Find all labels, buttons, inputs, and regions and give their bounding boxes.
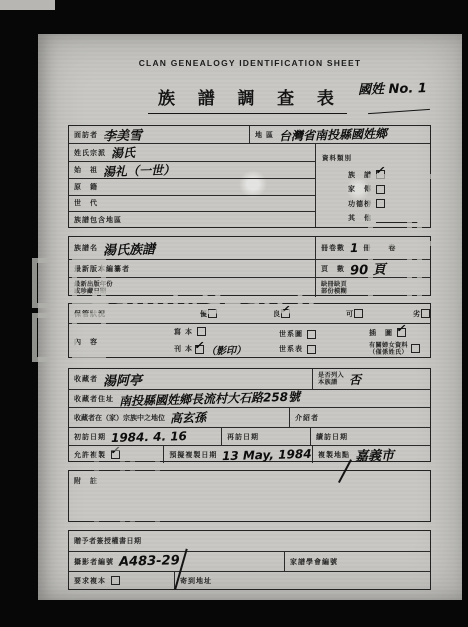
annotation-underline	[368, 109, 430, 114]
merit-list-checkbox: ✓	[376, 199, 385, 208]
condition-label: 保管狀況	[74, 309, 106, 319]
volume-info-table: 族譜名 湯氏族譜 冊卷數 1 冊 卷 最新版本編纂者 頁 數 90 頁	[68, 236, 431, 296]
notes-label: 附 註	[74, 476, 98, 486]
other-fill-line	[376, 214, 418, 223]
second-visit-label: 再訪日期	[227, 432, 259, 442]
row-surname: 姓氏宗派 湯氏	[69, 144, 315, 161]
row-society-number: 家譜學會編號	[284, 552, 430, 571]
notes-box: 附 註	[68, 470, 431, 522]
category-merit-list: 功德榜 ✓	[348, 199, 430, 209]
scan-edge-artifact	[0, 0, 55, 10]
owner-label: 收藏者	[74, 374, 98, 384]
row-interviewer: 面訪者 李美雪	[69, 126, 249, 143]
first-visit-label: 初訪日期	[74, 432, 106, 442]
first-ancestor-label: 始 祖	[74, 165, 98, 175]
photographer-number-value: A483-29	[119, 553, 180, 570]
condition-table: 保管狀況 優 ✓ 良 ✓ 可 ✓ 劣 ✓ 內 容	[68, 303, 431, 358]
good-checkbox: ✓	[281, 309, 290, 318]
poor-checkbox: ✓	[421, 309, 430, 318]
chinese-title: 族 譜 調 查 表	[148, 84, 347, 114]
category-family-biography: 家 傳 ✓	[348, 184, 430, 194]
row-donor-authorization: 贈予者簽授權書日期	[69, 531, 430, 551]
copy-permission-checkbox: ✓	[111, 450, 120, 459]
row-planned-copy-date: 預擬複製日期 13 May, 1984	[163, 446, 312, 463]
page-count-value: 90 頁	[350, 259, 386, 279]
row-clan-position: 收藏者在（家）宗族中之地位 高玄孫	[69, 408, 289, 427]
admin-table: 贈予者簽授權書日期 攝影者編號 A483-29 家譜學會編號 要求複本 ✓	[68, 530, 431, 590]
photographer-number-label: 攝影者編號	[74, 557, 114, 567]
row-missing-pages: 缺冊缺頁 部份模糊	[315, 278, 430, 297]
owner-address-label: 收藏者住址	[74, 394, 114, 404]
first-ancestor-value: 湯礼（一世）	[103, 161, 175, 180]
row-listed-in-genealogy: 是否列入 本族譜 否	[312, 369, 430, 389]
row-copy-request: 要求複本 ✓	[69, 572, 174, 589]
society-number-label: 家譜學會編號	[290, 557, 338, 567]
row-generations: 世 代	[69, 195, 315, 212]
planned-copy-date-label: 預擬複製日期	[169, 450, 217, 460]
condition-options: 優 ✓ 良 ✓ 可 ✓ 劣 ✓	[153, 304, 430, 323]
row-publication-year: 最新出版年份 或珍藏日期	[69, 278, 315, 297]
scanned-document: CLAN GENEALOGY IDENTIFICATION SHEET 族 譜 …	[0, 0, 468, 627]
pedigree-chart-checkbox: ✓	[307, 330, 316, 339]
clan-position-label: 收藏者在（家）宗族中之地位	[74, 413, 165, 423]
handwritten-annotation: 國姓 No. 1	[358, 77, 427, 98]
row-page-count: 頁 數 90 頁	[315, 260, 430, 277]
volume-count-value: 1	[350, 241, 359, 255]
copy-permission-label: 允許複製	[74, 450, 106, 460]
page-count-label: 頁 數	[321, 264, 345, 274]
coverage-label: 族譜包含地區	[74, 215, 122, 225]
row-followup-visit: 續訪日期	[310, 428, 430, 445]
listed-label-line2: 本族譜	[318, 379, 344, 386]
printed-note: （影印）	[206, 341, 246, 357]
copy-location-value: 嘉義市	[355, 444, 394, 464]
material-category-heading: 資料類別	[322, 155, 352, 162]
manuscript-checkbox: ✓	[197, 327, 206, 336]
row-compiler: 最新版本編纂者	[69, 260, 315, 277]
content-col-pedigree: 世系圖 ✓ 世系表 ✓	[279, 324, 369, 359]
category-genealogy: 族 譜 ✓	[348, 170, 430, 180]
excellent-checkbox: ✓	[208, 309, 217, 318]
row-genealogy-name: 族譜名 湯氏族譜	[69, 237, 315, 259]
surname-label: 姓氏宗派	[74, 148, 106, 158]
donor-authorization-label: 贈予者簽授權書日期	[74, 536, 142, 546]
content-label: 內 容	[74, 337, 98, 347]
genealogy-name-label: 族譜名	[74, 243, 98, 253]
notes-cell: 附 註	[69, 471, 430, 521]
region-value: 台灣省南投縣國姓鄉	[279, 125, 387, 145]
followup-visit-label: 續訪日期	[316, 432, 348, 442]
content-col-illustration: 插 圖 ✓ 有關婦女資料 （僅係姓氏） ✓	[369, 324, 430, 359]
missing-pages-label-line1: 缺冊缺頁	[321, 281, 347, 288]
publication-year-label-line1: 最新出版年份	[74, 281, 113, 288]
english-title: CLAN GENEALOGY IDENTIFICATION SHEET	[38, 58, 462, 68]
first-visit-value: 1984. 4. 16	[111, 429, 187, 445]
row-second-visit: 再訪日期	[221, 428, 310, 445]
interviewer-value: 李美雪	[103, 124, 142, 144]
genealogy-name-value: 湯氏族譜	[103, 238, 155, 258]
listed-label-line1: 是否列入	[318, 372, 344, 379]
row-mailing-address: 寄到地址	[174, 572, 430, 589]
document-page: CLAN GENEALOGY IDENTIFICATION SHEET 族 譜 …	[38, 34, 462, 600]
generations-label: 世 代	[74, 198, 98, 208]
copy-request-label: 要求複本	[74, 576, 106, 586]
condition-label-cell: 保管狀況	[69, 304, 153, 323]
row-region: 地 區 台灣省南投縣國姓鄉	[249, 126, 430, 143]
row-owner-address: 收藏者住址 南投縣國姓鄉長流村大石路258號	[69, 390, 430, 407]
women-data-checkbox: ✓	[411, 344, 420, 353]
basic-info-table: 面訪者 李美雪 地 區 台灣省南投縣國姓鄉 姓氏宗派 湯氏 始 祖 湯礼（一世	[68, 125, 431, 228]
row-origin: 原 籍	[69, 178, 315, 195]
illustration-checkbox: ✓	[397, 328, 406, 337]
fair-checkbox: ✓	[354, 309, 363, 318]
mailing-address-label: 寄到地址	[180, 576, 212, 586]
genealogy-checkbox: ✓	[376, 170, 385, 179]
missing-pages-label-line2: 部份模糊	[321, 288, 347, 295]
region-label: 地 區	[255, 130, 274, 140]
row-first-visit: 初訪日期 1984. 4. 16	[69, 428, 221, 445]
row-coverage: 族譜包含地區	[69, 211, 315, 227]
family-biography-checkbox: ✓	[376, 185, 385, 194]
scroll-unit: 卷	[388, 243, 396, 253]
volume-count-label: 冊卷數	[321, 243, 345, 253]
compiler-label: 最新版本編纂者	[74, 264, 130, 274]
interviewer-label: 面訪者	[74, 130, 98, 140]
copy-request-checkbox: ✓	[111, 576, 120, 585]
surname-value: 湯氏	[111, 144, 135, 162]
owner-table: 收藏者 湯阿亭 是否列入 本族譜 否 收藏者住址 南投縣國姓鄉長流村大石路258…	[68, 368, 431, 462]
row-introducer: 介紹者	[289, 408, 430, 427]
row-photographer-number: 攝影者編號 A483-29	[69, 552, 284, 571]
row-first-ancestor: 始 祖 湯礼（一世）	[69, 161, 315, 178]
introducer-label: 介紹者	[295, 413, 319, 423]
clan-position-value: 高玄孫	[170, 409, 206, 427]
row-copy-permission: 允許複製 ✓	[69, 446, 163, 463]
row-owner: 收藏者 湯阿亭	[69, 369, 312, 389]
printed-checkbox: ✓	[195, 345, 204, 354]
content-col-manuscript: 寫 本 ✓ 刊 本 ✓ （影印）	[174, 324, 279, 359]
pedigree-table-checkbox: ✓	[307, 345, 316, 354]
owner-value: 湯阿亭	[103, 369, 142, 389]
planned-copy-date-value: 13 May, 1984	[222, 446, 312, 462]
copy-location-label: 複製地點	[318, 450, 350, 460]
category-other: 其 他	[348, 213, 430, 223]
material-category-cell: 資料類別 族 譜 ✓ 家 傳 ✓ 功德榜 ✓ 其 他	[315, 144, 430, 227]
checkmark: ✓	[375, 164, 384, 177]
owner-address-value: 南投縣國姓鄉長流村大石路258號	[119, 388, 300, 410]
content-label-cell: 內 容	[69, 324, 174, 359]
row-volume-count: 冊卷數 1 冊 卷	[315, 237, 430, 259]
volume-unit: 冊	[363, 243, 371, 253]
row-copy-location: 複製地點 嘉義市	[312, 446, 430, 463]
publication-year-label-line2: 或珍藏日期	[74, 288, 113, 295]
listed-value: 否	[349, 370, 361, 387]
origin-label: 原 籍	[74, 182, 98, 192]
